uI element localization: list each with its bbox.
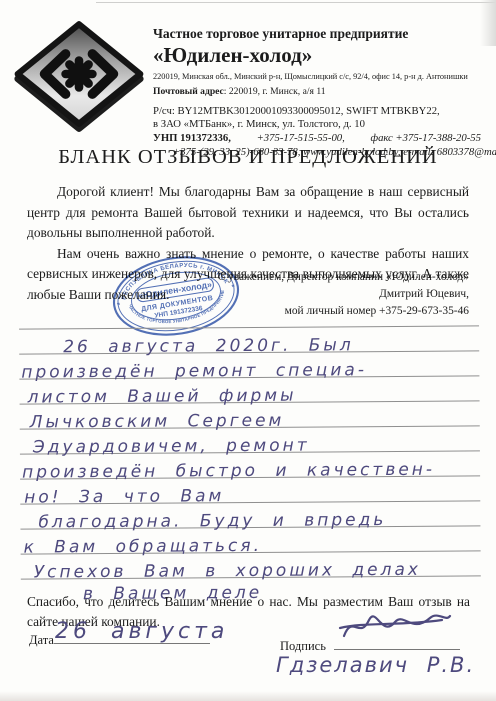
paragraph-1: Дорогой клиент! Мы благодарны Вам за обр… [27, 182, 469, 244]
bank-account-line: Р/сч: BY12MTBK30120001093300095012, SWIF… [153, 105, 489, 118]
signature-scribble [338, 610, 456, 646]
scan-artifact [96, 2, 496, 3]
postal-address: Почтовый адрес: 220019, г. Минск, а/я 11 [153, 86, 489, 97]
date-label: Дата [29, 633, 54, 647]
snowflake-icon [66, 61, 93, 88]
scanned-feedback-form: Частное торговое унитарное предприятие «… [0, 0, 496, 701]
handwritten-text: произведён ремонт специа- [19, 360, 367, 382]
handwritten-text: произведён быстро и качествен- [20, 460, 435, 483]
stamp-left-star: * [116, 300, 121, 310]
org-type: Частное торговое унитарное предприятие [153, 26, 489, 42]
fax-number: факс +375-17-388-20-55 [370, 132, 481, 145]
bank-name-line: в ЗАО «МТБанк», г. Минск, ул. Толстого, … [153, 118, 489, 131]
phone-main: +375-17-515-55-00, [257, 132, 345, 145]
unp-number: УНП 191372336, [153, 132, 231, 145]
scan-artifact [0, 691, 496, 701]
unp-phone-row: УНП 191372336, +375-17-515-55-00, факс +… [153, 132, 489, 145]
handwritten-text: 26 августа 2020г. Был [19, 335, 354, 357]
signature-field: Подпись Гдзелавич Р.В. [280, 636, 460, 654]
handwritten-line: 26 августа 2020г. Был [19, 326, 479, 354]
scan-artifact [480, 0, 496, 46]
handwritten-text: Эдуардовичем, ремонт [20, 436, 310, 458]
handwritten-text: Успехов Вам в хороших делах [21, 560, 421, 583]
company-logo-icon [12, 14, 146, 134]
signature-label: Подпись [280, 639, 326, 653]
postal-value: : 220019, г. Минск, а/я 11 [224, 86, 326, 97]
handwritten-text: листом Вашей фирмы [19, 386, 296, 408]
postal-label: Почтовый адрес [153, 86, 224, 97]
handwritten-date: 26 августа [55, 619, 228, 644]
handwritten-text: но! За что Вам [20, 486, 224, 507]
handwritten-text: к Вам обращаться. [21, 536, 263, 558]
handwritten-text: Лычковским Сергеем [20, 411, 285, 433]
letterhead: Частное торговое унитарное предприятие «… [153, 26, 489, 158]
page-title: БЛАНК ОТЗЫВОВ И ПРЕДЛОЖЕНИЙ [0, 146, 496, 169]
handwriting-area: 26 августа 2020г. Был произведён ремонт … [19, 325, 481, 600]
company-address: 220019, Минская обл., Минский р-н, Щомыс… [153, 72, 489, 82]
handwritten-text: благодарна. Буду и впредь [20, 510, 386, 533]
company-name: «Юдилен-холод» [153, 43, 489, 68]
handwritten-signature-name: Гдзелавич Р.В. [276, 653, 475, 677]
date-field: Дата 26 августа [29, 630, 210, 648]
stamp-right-star: * [231, 282, 236, 292]
